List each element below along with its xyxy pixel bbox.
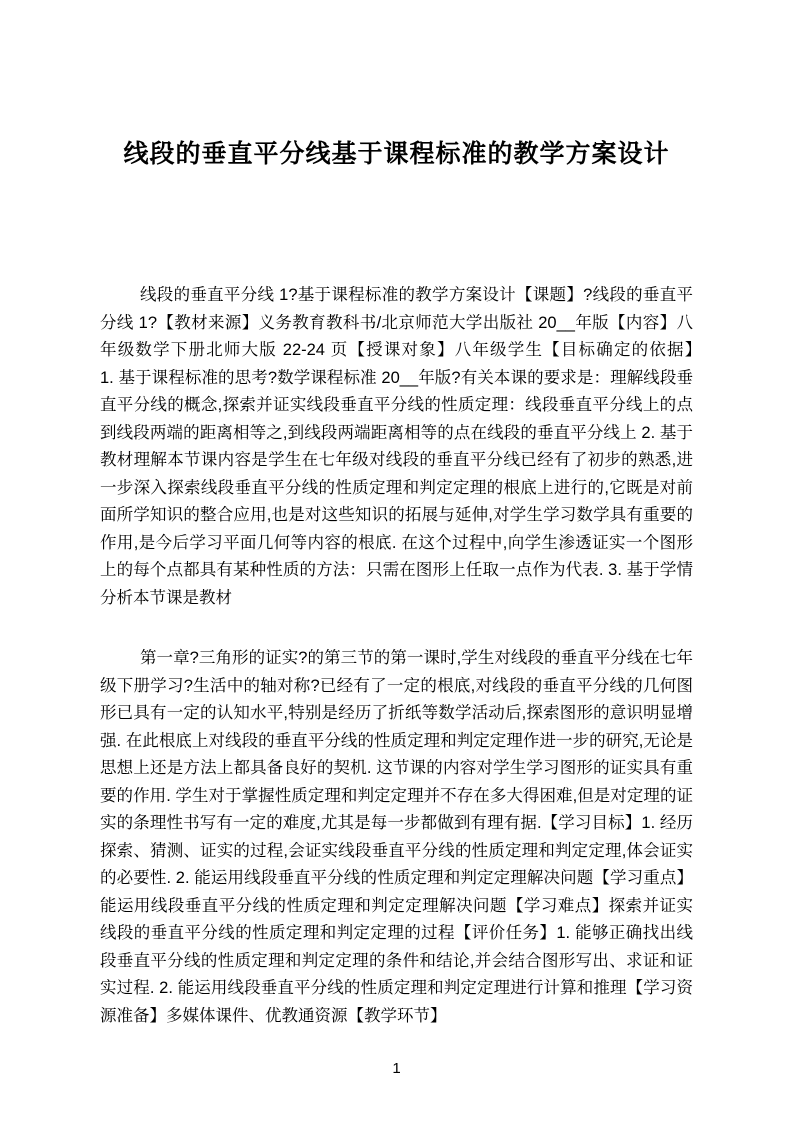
document-body: 线段的垂直平分线 1?基于课程标准的教学方案设计【课题】?线段的垂直平分线 1?… <box>100 282 693 1030</box>
document-title: 线段的垂直平分线基于课程标准的教学方案设计 <box>100 138 693 170</box>
document-page: 线段的垂直平分线基于课程标准的教学方案设计 线段的垂直平分线 1?基于课程标准的… <box>0 0 793 1122</box>
paragraph-2: 第一章?三角形的证实?的第三节的第一课时,学生对线段的垂直平分线在七年级下册学习… <box>100 645 693 1030</box>
page-number: 1 <box>0 1060 793 1078</box>
paragraph-1: 线段的垂直平分线 1?基于课程标准的教学方案设计【课题】?线段的垂直平分线 1?… <box>100 282 693 612</box>
